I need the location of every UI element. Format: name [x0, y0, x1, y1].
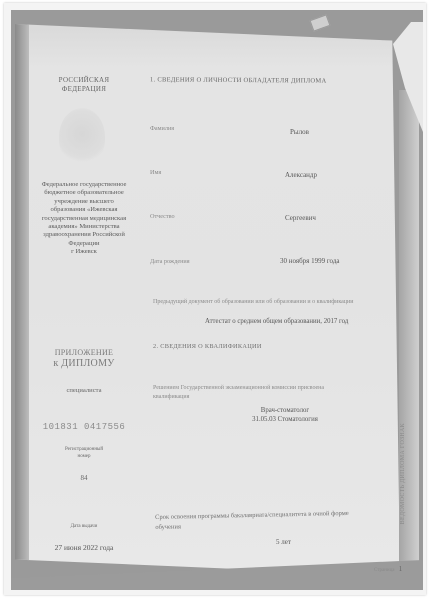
field-label-surname: Фамилия [150, 125, 174, 132]
field-label-name: Имя [150, 169, 161, 176]
issue-date: 27 июня 2022 года [24, 543, 144, 552]
previous-document-label: Предыдущий документ об образовании или о… [153, 299, 353, 305]
country-name: РОССИЙСКАЯ ФЕДЕРАЦИЯ [24, 76, 144, 94]
reg-number-label-line-2: номер [24, 453, 144, 460]
page-label-text: Страница [374, 568, 394, 573]
qualification-value: Врач-стоматолог [240, 406, 330, 415]
country-line-2: ФЕДЕРАЦИЯ [24, 85, 144, 94]
section-1-title: 1. СВЕДЕНИЯ О ЛИЧНОСТИ ОБЛАДАТЕЛЯ ДИПЛОМ… [150, 76, 327, 84]
field-value-surname: Рылов [290, 128, 309, 136]
decision-label-line-2: квалификация [153, 393, 324, 402]
field-label-patronymic: Отчество [150, 213, 175, 220]
institution-line: Федеральное государственное [24, 181, 144, 189]
appendix-line-2: к ДИПЛОМУ [24, 358, 144, 369]
institution-line: здравоохранения Российской [24, 231, 144, 239]
institution-line: бюджетное образовательное [24, 189, 144, 197]
degree-type: специалиста [24, 387, 144, 394]
institution-line: государственная медицинская [24, 215, 144, 223]
institution-line: г Ижевск [24, 248, 144, 256]
institution-line: образования «Ижевская [24, 206, 144, 214]
appendix-line-1: ПРИЛОЖЕНИЕ [24, 347, 144, 358]
study-duration-label: Срок освоения программы бакалавриата/спе… [155, 509, 349, 533]
page-label: Страница 1 [374, 565, 402, 573]
qualification-block: Врач-стоматолог 31.05.03 Стоматология [240, 406, 330, 424]
coat-of-arms-icon [59, 108, 105, 166]
qualification-decision-label: Решением Государственной экзаменационной… [153, 384, 324, 402]
institution-line: Федерации [24, 240, 144, 248]
paper-clip [309, 14, 330, 31]
institution-line: учреждение высшего [24, 198, 144, 206]
country-line-1: РОССИЙСКАЯ [24, 76, 144, 85]
appendix-title: ПРИЛОЖЕНИЕ к ДИПЛОМУ [24, 347, 144, 369]
reg-number-label: Регистрационный номер [24, 446, 144, 460]
reg-number-label-line-1: Регистрационный [24, 446, 144, 453]
specialty-value: 31.05.03 Стоматология [240, 415, 330, 424]
field-value-birthdate: 30 ноября 1999 года [280, 257, 340, 265]
field-value-name: Александр [285, 171, 317, 179]
decision-label-line-1: Решением Государственной экзаменационной… [153, 384, 324, 393]
institution-line: академия» Министерства [24, 223, 144, 231]
section-2-title: 2. СВЕДЕНИЯ О КВАЛИФИКАЦИИ [153, 343, 262, 350]
serial-number: 101831 0417556 [24, 422, 144, 432]
document-frame: РОССИЙСКАЯ ФЕДЕРАЦИЯ Федеральное государ… [4, 3, 426, 595]
page-number: 1 [399, 565, 403, 573]
study-duration-value: 5 лет [276, 538, 291, 546]
field-label-birthdate: Дата рождения [150, 258, 190, 265]
issue-date-label: Дата выдачи [24, 524, 144, 529]
institution-name: Федеральное государственное бюджетное об… [24, 181, 144, 257]
side-print: ВЕДОМОСТЬ ДИПЛОМА ГОЗНАК [400, 423, 406, 524]
previous-document-value: Аттестат о среднем общем образовании, 20… [205, 318, 348, 325]
reg-number: 84 [24, 474, 144, 482]
field-value-patronymic: Сергеевич [285, 214, 316, 222]
